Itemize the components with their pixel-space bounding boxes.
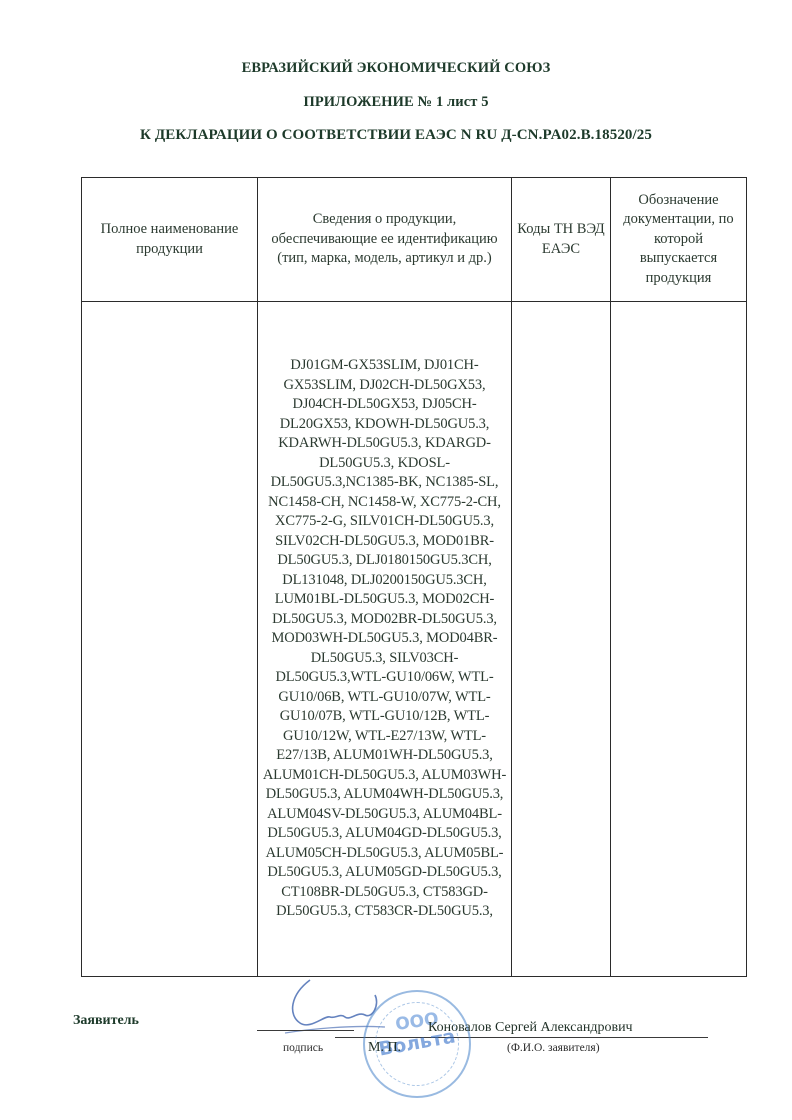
declaration-table: Полное наименование продукции Сведения о… <box>81 177 747 977</box>
applicant-name: Коновалов Сергей Александрович <box>428 1020 633 1036</box>
appendix-title: ПРИЛОЖЕНИЕ № 1 лист 5 <box>0 94 792 111</box>
cell-documentation <box>611 302 747 977</box>
signature-caption: подпись <box>283 1042 323 1054</box>
table-row: DJ01GM-GX53SLIM, DJ01CH-GX53SLIM, DJ02CH… <box>82 302 747 977</box>
fio-caption: (Ф.И.О. заявителя) <box>507 1042 600 1054</box>
column-header-documentation: Обозначение документации, по которой вып… <box>611 178 747 302</box>
cell-product-name <box>82 302 258 977</box>
seal-caption: М. П. <box>368 1040 401 1056</box>
applicant-label: Заявитель <box>73 1013 139 1029</box>
declaration-title: К ДЕКЛАРАЦИИ О СООТВЕТСТВИИ ЕАЭС N RU Д-… <box>0 127 792 144</box>
cell-tn-ved-codes <box>512 302 611 977</box>
cell-identification: DJ01GM-GX53SLIM, DJ01CH-GX53SLIM, DJ02CH… <box>258 302 512 977</box>
signature-line <box>257 1030 354 1031</box>
column-header-tn-ved-codes: Коды ТН ВЭД ЕАЭС <box>512 178 611 302</box>
table-header-row: Полное наименование продукции Сведения о… <box>82 178 747 302</box>
column-header-identification: Сведения о продукции, обеспечивающие ее … <box>258 178 512 302</box>
union-title: ЕВРАЗИЙСКИЙ ЭКОНОМИЧЕСКИЙ СОЮЗ <box>0 60 792 77</box>
column-header-product-name: Полное наименование продукции <box>82 178 258 302</box>
